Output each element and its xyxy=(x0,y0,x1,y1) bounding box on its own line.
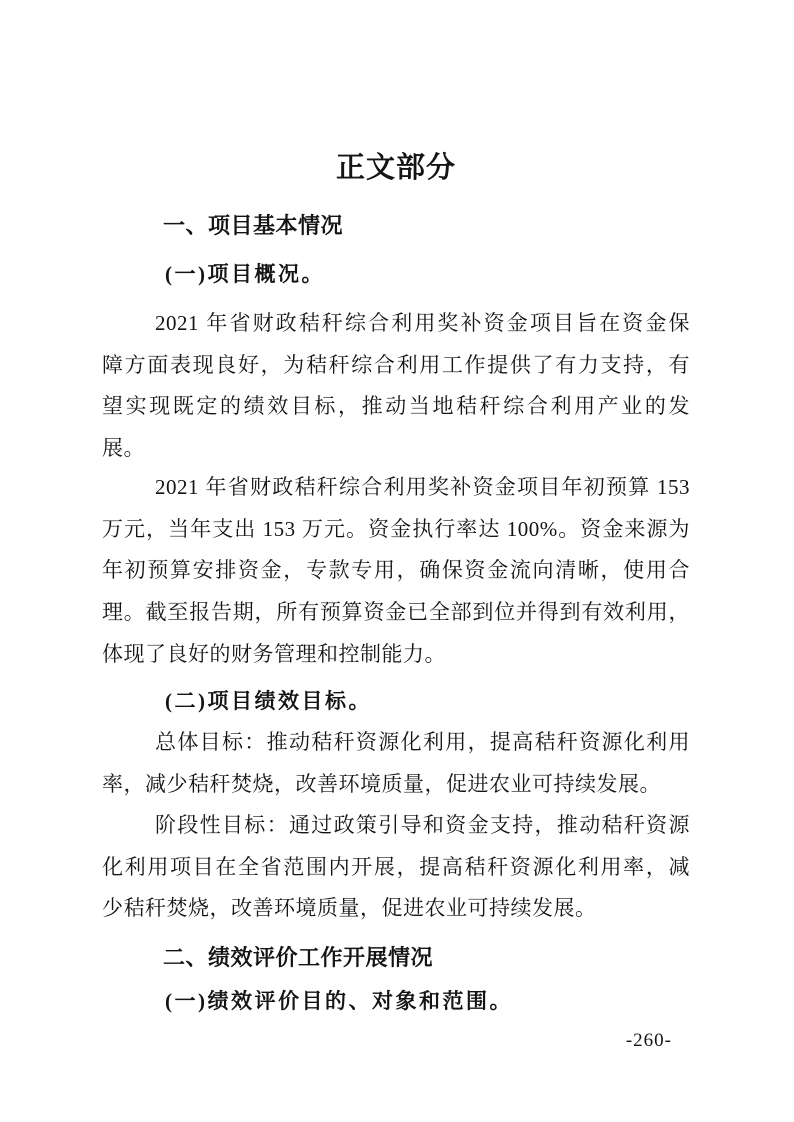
paragraph-line: 少秸秆焚烧，改善环境质量，促进农业可持续发展。 xyxy=(102,888,690,930)
paragraph-line: 望实现既定的绩效目标，推动当地秸秆综合利用产业的发 xyxy=(102,386,690,428)
paragraph-stage-goal: 阶段性目标：通过政策引导和资金支持，推动秸秆资源 化利用项目在全省范围内开展，提… xyxy=(102,805,690,930)
section-1-1-subheading: (一)项目概况。 xyxy=(165,258,325,290)
paragraph-line: 障方面表现良好，为秸秆综合利用工作提供了有力支持，有 xyxy=(102,345,690,387)
document-title: 正文部分 xyxy=(102,149,690,187)
section-2-heading: 二、绩效评价工作开展情况 xyxy=(163,942,433,974)
section-1-heading: 一、项目基本情况 xyxy=(163,210,343,242)
page-number: -260- xyxy=(626,1031,672,1051)
paragraph-line: 总体目标：推动秸秆资源化利用，提高秸秆资源化利用 xyxy=(102,722,690,764)
paragraph-line: 年初预算安排资金，专款专用，确保资金流向清晰，使用合 xyxy=(102,550,690,592)
paragraph-project-overview: 2021 年省财政秸秆综合利用奖补资金项目旨在资金保 障方面表现良好，为秸秆综合… xyxy=(102,303,690,470)
paragraph-line: 万元，当年支出 153 万元。资金执行率达 100%。资金来源为 xyxy=(102,509,690,551)
paragraph-line: 2021 年省财政秸秆综合利用奖补资金项目年初预算 153 xyxy=(102,467,690,509)
paragraph-budget-execution: 2021 年省财政秸秆综合利用奖补资金项目年初预算 153 万元，当年支出 15… xyxy=(102,467,690,676)
paragraph-line: 化利用项目在全省范围内开展，提高秸秆资源化利用率，减 xyxy=(102,847,690,889)
paragraph-line: 展。 xyxy=(102,428,690,470)
paragraph-line: 率，减少秸秆焚烧，改善环境质量，促进农业可持续发展。 xyxy=(102,764,690,806)
paragraph-line: 2021 年省财政秸秆综合利用奖补资金项目旨在资金保 xyxy=(102,303,690,345)
section-1-2-subheading: (二)项目绩效目标。 xyxy=(165,685,372,717)
paragraph-overall-goal: 总体目标：推动秸秆资源化利用，提高秸秆资源化利用 率，减少秸秆焚烧，改善环境质量… xyxy=(102,722,690,805)
document-page: 正文部分 一、项目基本情况 (一)项目概况。 2021 年省财政秸秆综合利用奖补… xyxy=(0,0,794,1122)
paragraph-line: 阶段性目标：通过政策引导和资金支持，推动秸秆资源 xyxy=(102,805,690,847)
paragraph-line: 体现了良好的财务管理和控制能力。 xyxy=(102,634,690,676)
section-2-1-subheading: (一)绩效评价目的、对象和范围。 xyxy=(165,985,513,1017)
paragraph-line: 理。截至报告期，所有预算资金已全部到位并得到有效利用， xyxy=(102,592,690,634)
